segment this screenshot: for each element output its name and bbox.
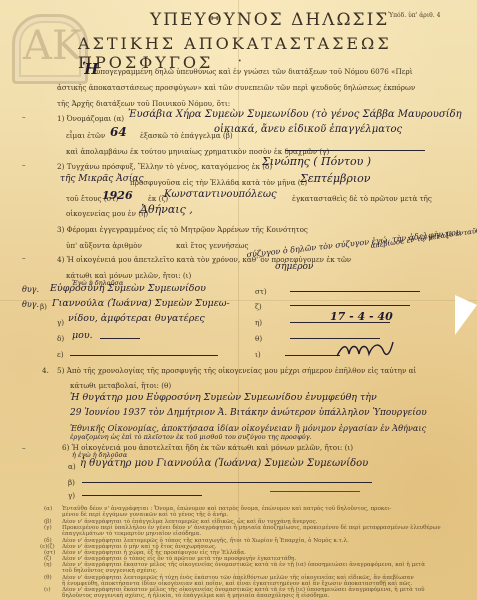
member-b-letter: β) xyxy=(40,302,47,311)
footnote-mark: (η) xyxy=(44,562,52,568)
item-6-member-b-letter: β) xyxy=(68,478,75,487)
reference-number: Ὑπόδ. ὑπ' ἀριθ. 4 xyxy=(388,12,440,19)
item-1-age-label: εἶμαι ἐτῶν xyxy=(66,131,105,140)
member-z-line xyxy=(290,305,410,306)
member-h-letter: η) xyxy=(255,318,262,327)
member-st-letter: στ) xyxy=(255,287,267,296)
footnote-mark: (ι) xyxy=(44,587,51,593)
member-e-letter: ε) xyxy=(57,350,64,359)
signature-scribble xyxy=(335,338,395,360)
member-th-letter: θ) xyxy=(255,334,262,343)
item-6-member-c-letter: γ) xyxy=(68,491,75,500)
declaration-date: 17 - 4 - 40 xyxy=(330,310,393,323)
member-d-line xyxy=(100,338,140,339)
footnote-mark: (α) xyxy=(44,506,52,512)
margin-dash: – xyxy=(22,160,26,169)
item-5-changes-label: κάτωθι μεταβολαί, ἤτοι: (θ) xyxy=(70,381,171,390)
item-6-member-a-letter: α) xyxy=(68,462,76,471)
intro-line-2: ἀστικῆς ἀποκαταστάσεως προσφύγων» καὶ τῶ… xyxy=(57,83,415,92)
margin-dash: – xyxy=(22,253,26,262)
member-b-prefix: θυγ. xyxy=(22,300,39,309)
item-3-class-label: καὶ ἔτος γεννήσεως xyxy=(176,241,249,250)
margin-dash: – xyxy=(22,112,26,121)
separator-dot: • xyxy=(238,58,242,65)
item-3-label: 3) Φέρομαι ἐγγεγραμμένος εἰς τὸ Μητρῷον … xyxy=(57,225,308,234)
item-2-year-value: 1926 xyxy=(102,189,133,202)
member-i-line xyxy=(285,355,340,356)
document-title: ΥΠΕΥΘΥΝΟΣ ΔΗΛΩΣΙΣ xyxy=(150,10,389,30)
member-a-prefix: θυγ. xyxy=(22,285,39,294)
member-d-letter: δ) xyxy=(57,334,64,343)
item-1-age-value: 64 xyxy=(110,125,127,139)
item-2-family-label: οἰκογενείας μου ἐν (η) xyxy=(66,209,148,218)
member-d-name: μου. xyxy=(72,330,93,341)
footnote-mark: (θ) xyxy=(44,575,52,581)
member-b-name: Γιαννούλα (Ἰωάννα) Συμεὼν Συμεω- xyxy=(52,298,230,309)
item-6-member-c-line xyxy=(82,495,202,496)
item-4-handwritten-note-below: σήμερον xyxy=(275,262,313,272)
item-2-from-value: Κωνσταντινουπόλεως xyxy=(164,189,277,200)
item-2-origin-value: Σινώπης ( Πόντου ) xyxy=(262,155,371,168)
member-c-name: νίδου, ἀμφότεραι θυγατέρες xyxy=(68,313,205,324)
footnote-text: δηλοῦντος συγγενικὴ σχέσις, ἡ ἡλικία, τὸ… xyxy=(62,593,329,599)
member-a-name: Εὐφροσύνη Συμεὼν Συμεωνίδου xyxy=(50,283,206,294)
item-6-right-line xyxy=(270,491,360,492)
item-2-month-value: Σεπτέμβριον xyxy=(300,172,371,185)
item-5-line-1: Ἡ θυγάτηρ μου Εὐφροσύνη Συμεὼν Συμεωνίδο… xyxy=(70,392,377,403)
item-1-label: 1) Ὀνομάζομαι (α) xyxy=(57,114,124,123)
margin-dash: – xyxy=(22,443,26,452)
margin-mark: 4. xyxy=(42,366,49,375)
item-5-line-3: Ἐθνικῆς Οἰκονομίας, ἀποκτήσασα ἰδίαν οἰκ… xyxy=(70,423,426,433)
footnote-text: ἐπαγγελμάτων τὸ τεκμαρτὸν μηνιαῖον εἰσόδ… xyxy=(62,531,201,537)
item-1-profession-value: οἰκιακά, ἄνευ εἰδικοῦ ἐπαγγέλματος xyxy=(214,124,402,135)
intro-line-1: ὑπογεγραμμένη δηλῶ ὑπευθύνως καὶ ἐν γνώσ… xyxy=(96,67,413,76)
item-1-name-field: Ἐυσάβια Χήρα Συμεὼν Συμεωνίδου (τὸ γένος… xyxy=(128,109,462,120)
torn-corner xyxy=(455,295,477,335)
member-i-letter: ι) xyxy=(255,350,261,359)
member-c-letter: γ) xyxy=(57,318,64,327)
item-2-arrival-label: προσφυγοῦσα εἰς τὴν Ἑλλάδα κατὰ τὸν μῆνα… xyxy=(130,178,307,187)
footnote-text: τοῦ δηλοῦντος συγγενικὴ σχέσις. xyxy=(62,568,158,574)
item-2-label: 2) Τυγχάνω πρόσφυξ, Ἕλλην τὸ γένος, κατα… xyxy=(57,162,272,171)
footnote-mark: (γ) xyxy=(44,525,52,531)
income-blank-line xyxy=(285,150,425,151)
item-2-settled-label: ἐγκατασταθεὶς δὲ τὸ πρῶτον μετὰ τῆς xyxy=(292,194,432,203)
intro-line-3: τῆς Ἀρχῆς διατάξεων τοῦ Ποινικοῦ Νόμου, … xyxy=(57,99,230,108)
member-e-line xyxy=(70,355,218,356)
monogram-letters: ΑΚ xyxy=(23,23,82,69)
member-z-letter: ζ) xyxy=(255,302,262,311)
item-5-label: 5) Ἀπὸ τῆς χρονολογίας τῆς προσφυγῆς τῆς… xyxy=(57,366,416,375)
footnote-text: μένου δὲ περὶ ἐγγάμων γυναικῶν καὶ τὸ γέ… xyxy=(62,512,228,518)
item-2-place-value: Ἀθήναις , xyxy=(140,203,193,216)
item-5-line-4: ἐργαζομένη ὡς ἐπὶ τὸ πλεῖστον ἐκ τοῦ μισ… xyxy=(70,433,312,441)
embossed-monogram-stamp: ΑΚ xyxy=(12,14,88,84)
member-st-line xyxy=(290,291,420,292)
item-5-line-2: 29 Ἰουνίου 1937 τὸν Δημήτριον Ἀ. Βιτάκην… xyxy=(70,408,427,418)
item-6-member-a-name: ἡ θυγάτηρ μου Γιαννούλα (Ἰωάννα) Συμεὼν … xyxy=(80,458,368,469)
item-3-number-label: ὑπ' αὔξοντα ἀριθμὸν xyxy=(66,241,142,250)
item-6-member-b-line xyxy=(82,482,372,483)
